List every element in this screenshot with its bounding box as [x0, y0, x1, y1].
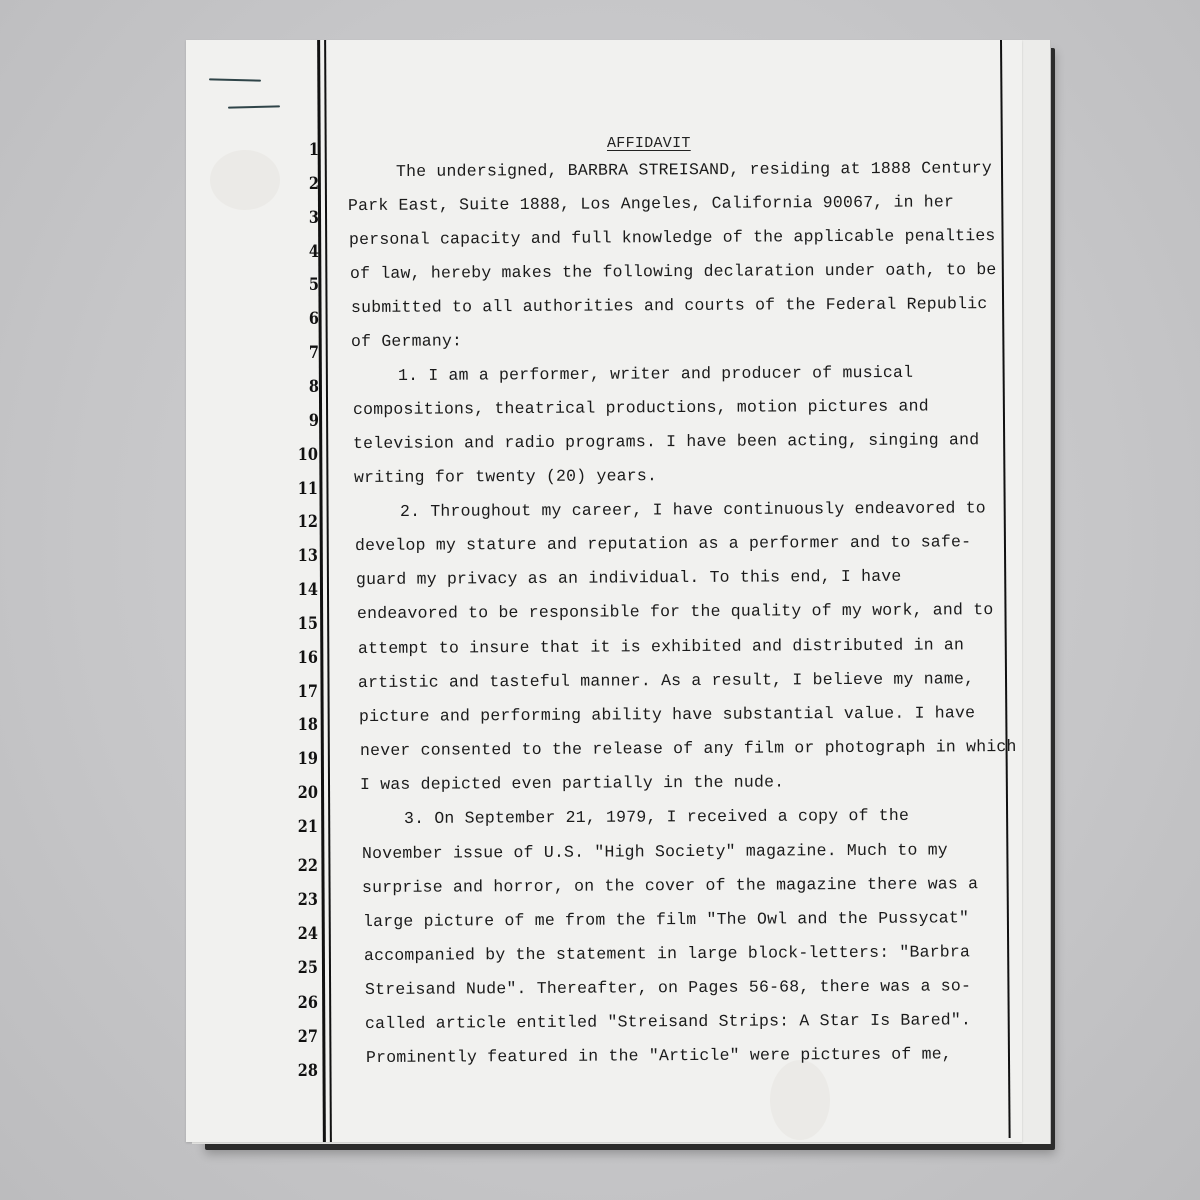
document-text-line: November issue of U.S. "High Society" ma… [362, 840, 948, 863]
document-text-line: guard my privacy as an individual. To th… [356, 567, 902, 589]
document-text-line: 3. On September 21, 1979, I received a c… [404, 806, 909, 828]
document-text-line: of Germany: [351, 331, 462, 351]
document-text-line: The undersigned, BARBRA STREISAND, resid… [396, 158, 992, 181]
document-text-line: compositions, theatrical productions, mo… [353, 396, 929, 419]
document-text-line: attempt to insure that it is exhibited a… [357, 635, 963, 658]
document-text-line: 2. Throughout my career, I have continuo… [400, 498, 986, 521]
document-text-line: accompanied by the statement in large bl… [364, 942, 970, 965]
document-text-line: surprise and horror, on the cover of the… [362, 874, 978, 897]
document-title: AFFIDAVIT [607, 135, 691, 152]
document-text-line: submitted to all authorities and courts … [350, 294, 987, 317]
document-text-line: endeavored to be responsible for the qua… [357, 601, 994, 624]
document-text-line: develop my stature and reputation as a p… [355, 532, 971, 555]
document-text-line: writing for twenty (20) years. [354, 466, 657, 487]
document-text-line: 1. I am a performer, writer and producer… [398, 363, 913, 385]
document-text-line: personal capacity and full knowledge of … [349, 226, 996, 249]
document-text-line: picture and performing ability have subs… [359, 703, 975, 726]
document-text-line: Park East, Suite 1888, Los Angeles, Cali… [348, 192, 954, 215]
document-text-line: artistic and tasteful manner. As a resul… [358, 669, 974, 692]
document-text-line: large picture of me from the film "The O… [363, 908, 969, 931]
document-text-line: television and radio programs. I have be… [353, 430, 979, 453]
document-text-line: I was depicted even partially in the nud… [360, 773, 784, 795]
document-text-line: called article entitled "Streisand Strip… [365, 1011, 971, 1034]
document-text-line: never consented to the release of any fi… [360, 737, 1017, 760]
document-text-line: Prominently featured in the "Article" we… [366, 1045, 952, 1068]
document-text-line: Streisand Nude". Thereafter, on Pages 56… [364, 976, 970, 999]
document-body: AFFIDAVIT The undersigned, BARBRA STREIS… [0, 0, 1200, 1200]
document-text-line: of law, hereby makes the following decla… [350, 260, 997, 283]
